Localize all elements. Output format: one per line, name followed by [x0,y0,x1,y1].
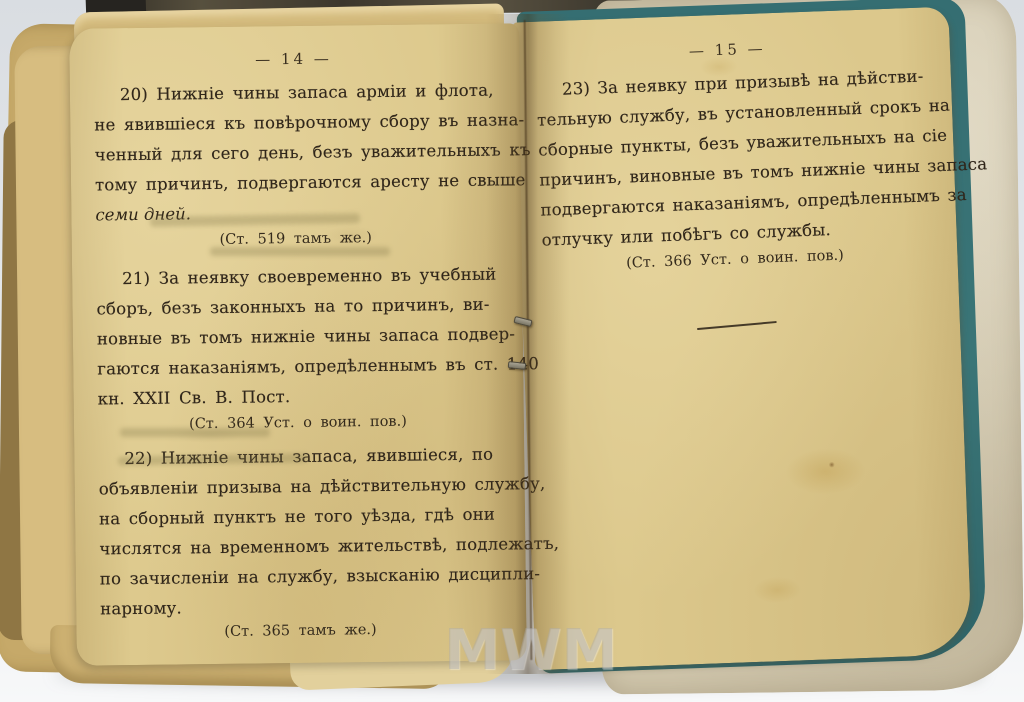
page-14-number: — 14 — [93,48,493,71]
page-15-number: — 15 — [535,34,920,66]
paragraph-23: 23) За неявку при призывѣ на дѣйстви- те… [536,62,927,256]
paragraph-22: 22) Нижніе чины запаса, явившіеся, по об… [98,440,500,625]
bleed-through-mark [210,247,390,256]
paragraph-21: 21) За неявку своевременно въ учебный сб… [96,260,498,415]
section-divider-rule [697,321,777,330]
bleed-through-mark [120,428,270,437]
page-15: — 15 — 23) За неявку при призывѣ на дѣйс… [512,7,972,671]
photo-watermark: MWM [444,618,617,683]
paragraph-20: 20) Нижніе чины запаса арміи и флота, не… [94,76,495,201]
page-14: — 14 — 20) Нижніе чины запаса арміи и фл… [69,23,527,665]
